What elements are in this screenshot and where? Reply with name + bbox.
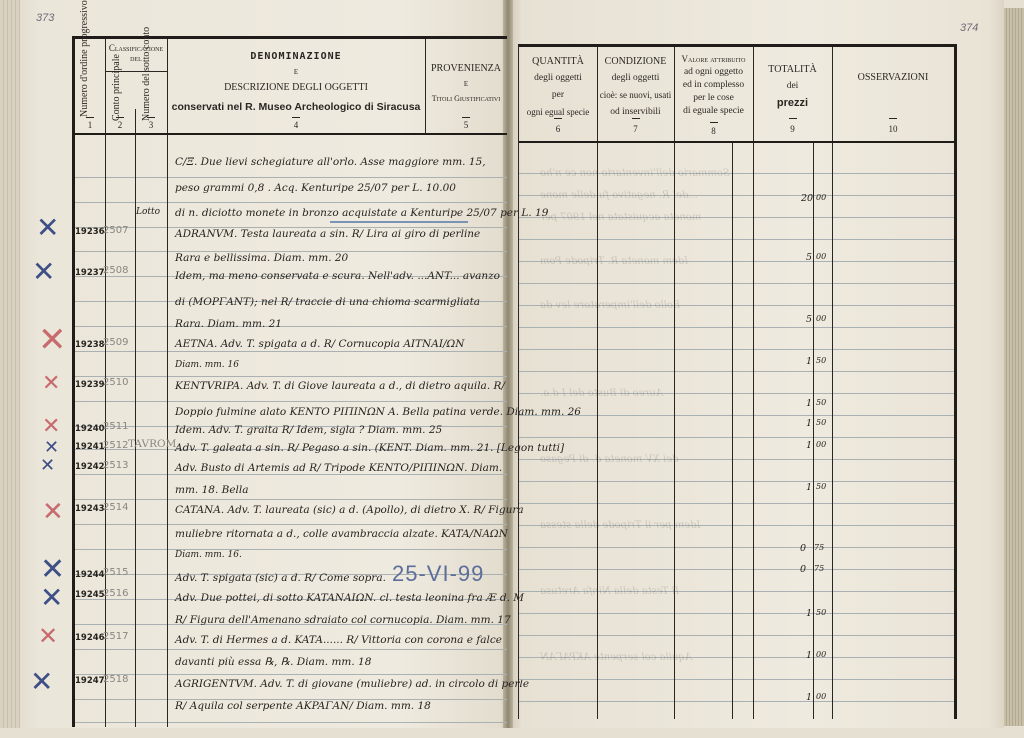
blue-x-mark-icon: ✕ (40, 584, 63, 612)
red-x-mark-icon: ✕ (38, 326, 67, 354)
register-number: 19239 (75, 380, 105, 390)
price-cent: 50 (816, 482, 826, 491)
header-col-3: Numero del sotto conto 3 (135, 39, 167, 135)
register-number: 19237 (75, 268, 105, 278)
red-x-mark-icon: ✕ (42, 370, 60, 398)
red-x-mark-icon: ✕ (38, 622, 58, 650)
price-cent: 00 (816, 193, 826, 202)
register-number: 19238 (75, 340, 105, 350)
blue-x-mark-icon: ✕ (30, 668, 53, 696)
register-number: 19242 (75, 462, 105, 472)
register-number: 19247 (75, 676, 105, 686)
blue-x-mark-icon: ✕ (36, 214, 59, 242)
entry-line: CATANA. Adv. T. laureata (sic) a d. (Apo… (175, 504, 524, 516)
class-number: 2513 (103, 460, 128, 471)
entry-line: Diam. mm. 16 (175, 360, 239, 370)
entry-line: Rara e bellissima. Diam. mm. 20 (175, 252, 348, 264)
register-number: 19243 (75, 504, 105, 514)
register-number: 19245 (75, 590, 105, 600)
price-lire: 5 (806, 252, 812, 263)
class-number: 2508 (103, 265, 128, 276)
price-lire: 0 (800, 543, 806, 554)
price-cent: 50 (816, 356, 826, 365)
red-x-mark-icon: ✕ (42, 498, 64, 526)
price-lire: 1 (806, 482, 812, 493)
entry-line: KENTVRIPA. Adv. T. di Giove laureata a d… (175, 380, 505, 392)
price-cent: 00 (816, 650, 826, 659)
header-col-6: QUANTITÀ degli oggetti per ogni egual sp… (519, 47, 597, 143)
price-cent: 50 (816, 398, 826, 407)
header-col-9: TOTALITÀ dei prezzi 9 (753, 47, 832, 143)
page-number-left: 373 (36, 12, 54, 24)
entry-line: peso grammi 0,8 . Acq. Kenturipe 25/07 p… (175, 182, 456, 194)
entry-line: Idem, ma meno conservata e scura. Nell'a… (175, 270, 500, 282)
class-number: 2517 (103, 631, 128, 642)
price-cent: 50 (816, 608, 826, 617)
tauromenium-note: TAVROM. (128, 438, 180, 450)
price-lire: 1 (806, 608, 812, 619)
blue-x-mark-icon: ✕ (40, 452, 55, 480)
entry-line: Diam. mm. 16. (175, 550, 242, 560)
entry-line: Adv. Due pottei, di sotto KATANAIΩN. cl.… (175, 592, 524, 604)
class-number: 2516 (103, 588, 128, 599)
class-number: 2515 (103, 567, 128, 578)
price-lire: 1 (806, 692, 812, 703)
price-lire: 1 (806, 650, 812, 661)
entry-line: AGRIGENTVM. Adv. T. di giovane (muliebre… (175, 678, 529, 690)
register-number: 19240 (75, 424, 105, 434)
blue-x-mark-icon: ✕ (40, 556, 65, 584)
entry-line: Adv. T. galeata a sin. R/ Pegaso a sin. … (175, 442, 564, 454)
register-number: 19241 (75, 442, 105, 452)
entry-line: C/Ξ. Due lievi schegiature all'orlo. Ass… (175, 156, 486, 168)
right-page-edges (1004, 8, 1024, 726)
header-col-1: Numero d'ordine progressivo 1 (75, 39, 105, 135)
price-lire: 1 (806, 356, 812, 367)
entry-line: R/ Figura dell'Amenano sdraiato col corn… (175, 614, 511, 626)
header-col-8: Valore attribuito ad ogni oggetto ed in … (674, 47, 753, 143)
entry-line: mm. 18. Bella (175, 484, 249, 496)
entry-line: AETNA. Adv. T. spigata a d. R/ Cornucopi… (175, 338, 464, 350)
date-stamp: 25-VI-99 (392, 561, 484, 587)
entry-line: Idem. Adv. T. graita R/ Idem, sigla ? Di… (175, 424, 442, 436)
price-cent: 00 (816, 314, 826, 323)
class-number: 2511 (103, 421, 128, 432)
entry-line: di (ΜΟΡΓΑΝΤ); nel R/ traccie di una chio… (175, 296, 480, 308)
register-number: 19236 (75, 227, 105, 237)
register-number: 19246 (75, 633, 105, 643)
entry-line: Rara. Diam. mm. 21 (175, 318, 282, 330)
entry-line: Adv. T. di Hermes a d. KATA...... R/ Vit… (175, 634, 502, 646)
price-lire: 1 (806, 418, 812, 429)
class-number: 2509 (103, 337, 128, 348)
header-col-7: CONDIZIONE degli oggetti cioè: se nuovi,… (597, 47, 674, 143)
header-col-2: Conto principale 2 (105, 39, 135, 135)
class-number: 2512 (103, 440, 128, 451)
price-lire: 5 (806, 314, 812, 325)
entry-line: Adv. Busto di Artemis ad R/ Tripode KENT… (175, 462, 502, 474)
ledger-book: 373 374 Numero d'ordine progressi (0, 0, 1024, 738)
entry-line: ADRANVM. Testa laureata a sin. R/ Lira a… (175, 228, 480, 240)
entry-line: davanti più essa ℞, ℞. Diam. mm. 18 (175, 656, 371, 668)
blue-x-mark-icon: ✕ (32, 258, 55, 286)
price-lire: 1 (806, 398, 812, 409)
price-lire: 0 (800, 564, 806, 575)
class-number: 2518 (103, 674, 128, 685)
blue-underline (330, 221, 468, 223)
class-number: 2510 (103, 377, 128, 388)
price-lire: 1 (806, 440, 812, 451)
class-number: 2507 (103, 225, 128, 236)
price-cent: 00 (816, 692, 826, 701)
price-cent: 00 (816, 440, 826, 449)
class-number: 2514 (103, 502, 128, 513)
price-cent: 75 (814, 564, 824, 573)
page-number-right: 374 (960, 22, 978, 34)
inventory-table-right: QUANTITÀ degli oggetti per ogni egual sp… (518, 44, 957, 719)
entry-line: muliebre ritornata a d., colle avambracc… (175, 528, 508, 540)
entry-line: Adv. T. spigata (sic) a d. R/ Come sopra… (175, 572, 386, 584)
left-page-edges (0, 0, 20, 728)
price-cent: 75 (814, 543, 824, 552)
header-col-5: PROVENIENZA E Titoli Giustificativi 5 (425, 39, 507, 135)
price-cent: 00 (816, 252, 826, 261)
header-col-4: DENOMINAZIONE E DESCRIZIONE DEGLI OGGETT… (167, 39, 425, 135)
price-lire: 20 (801, 193, 813, 204)
price-cent: 50 (816, 418, 826, 427)
lotto-note: Lotto (136, 207, 160, 217)
header-col-10: OSSERVAZIONI 10 (832, 47, 954, 143)
entry-line: R/ Aquila col serpente AKPAΓAN/ Diam. mm… (175, 700, 431, 712)
entry-line: di n. diciotto monete in bronzo acquista… (175, 207, 548, 219)
register-number: 19244 (75, 570, 105, 580)
